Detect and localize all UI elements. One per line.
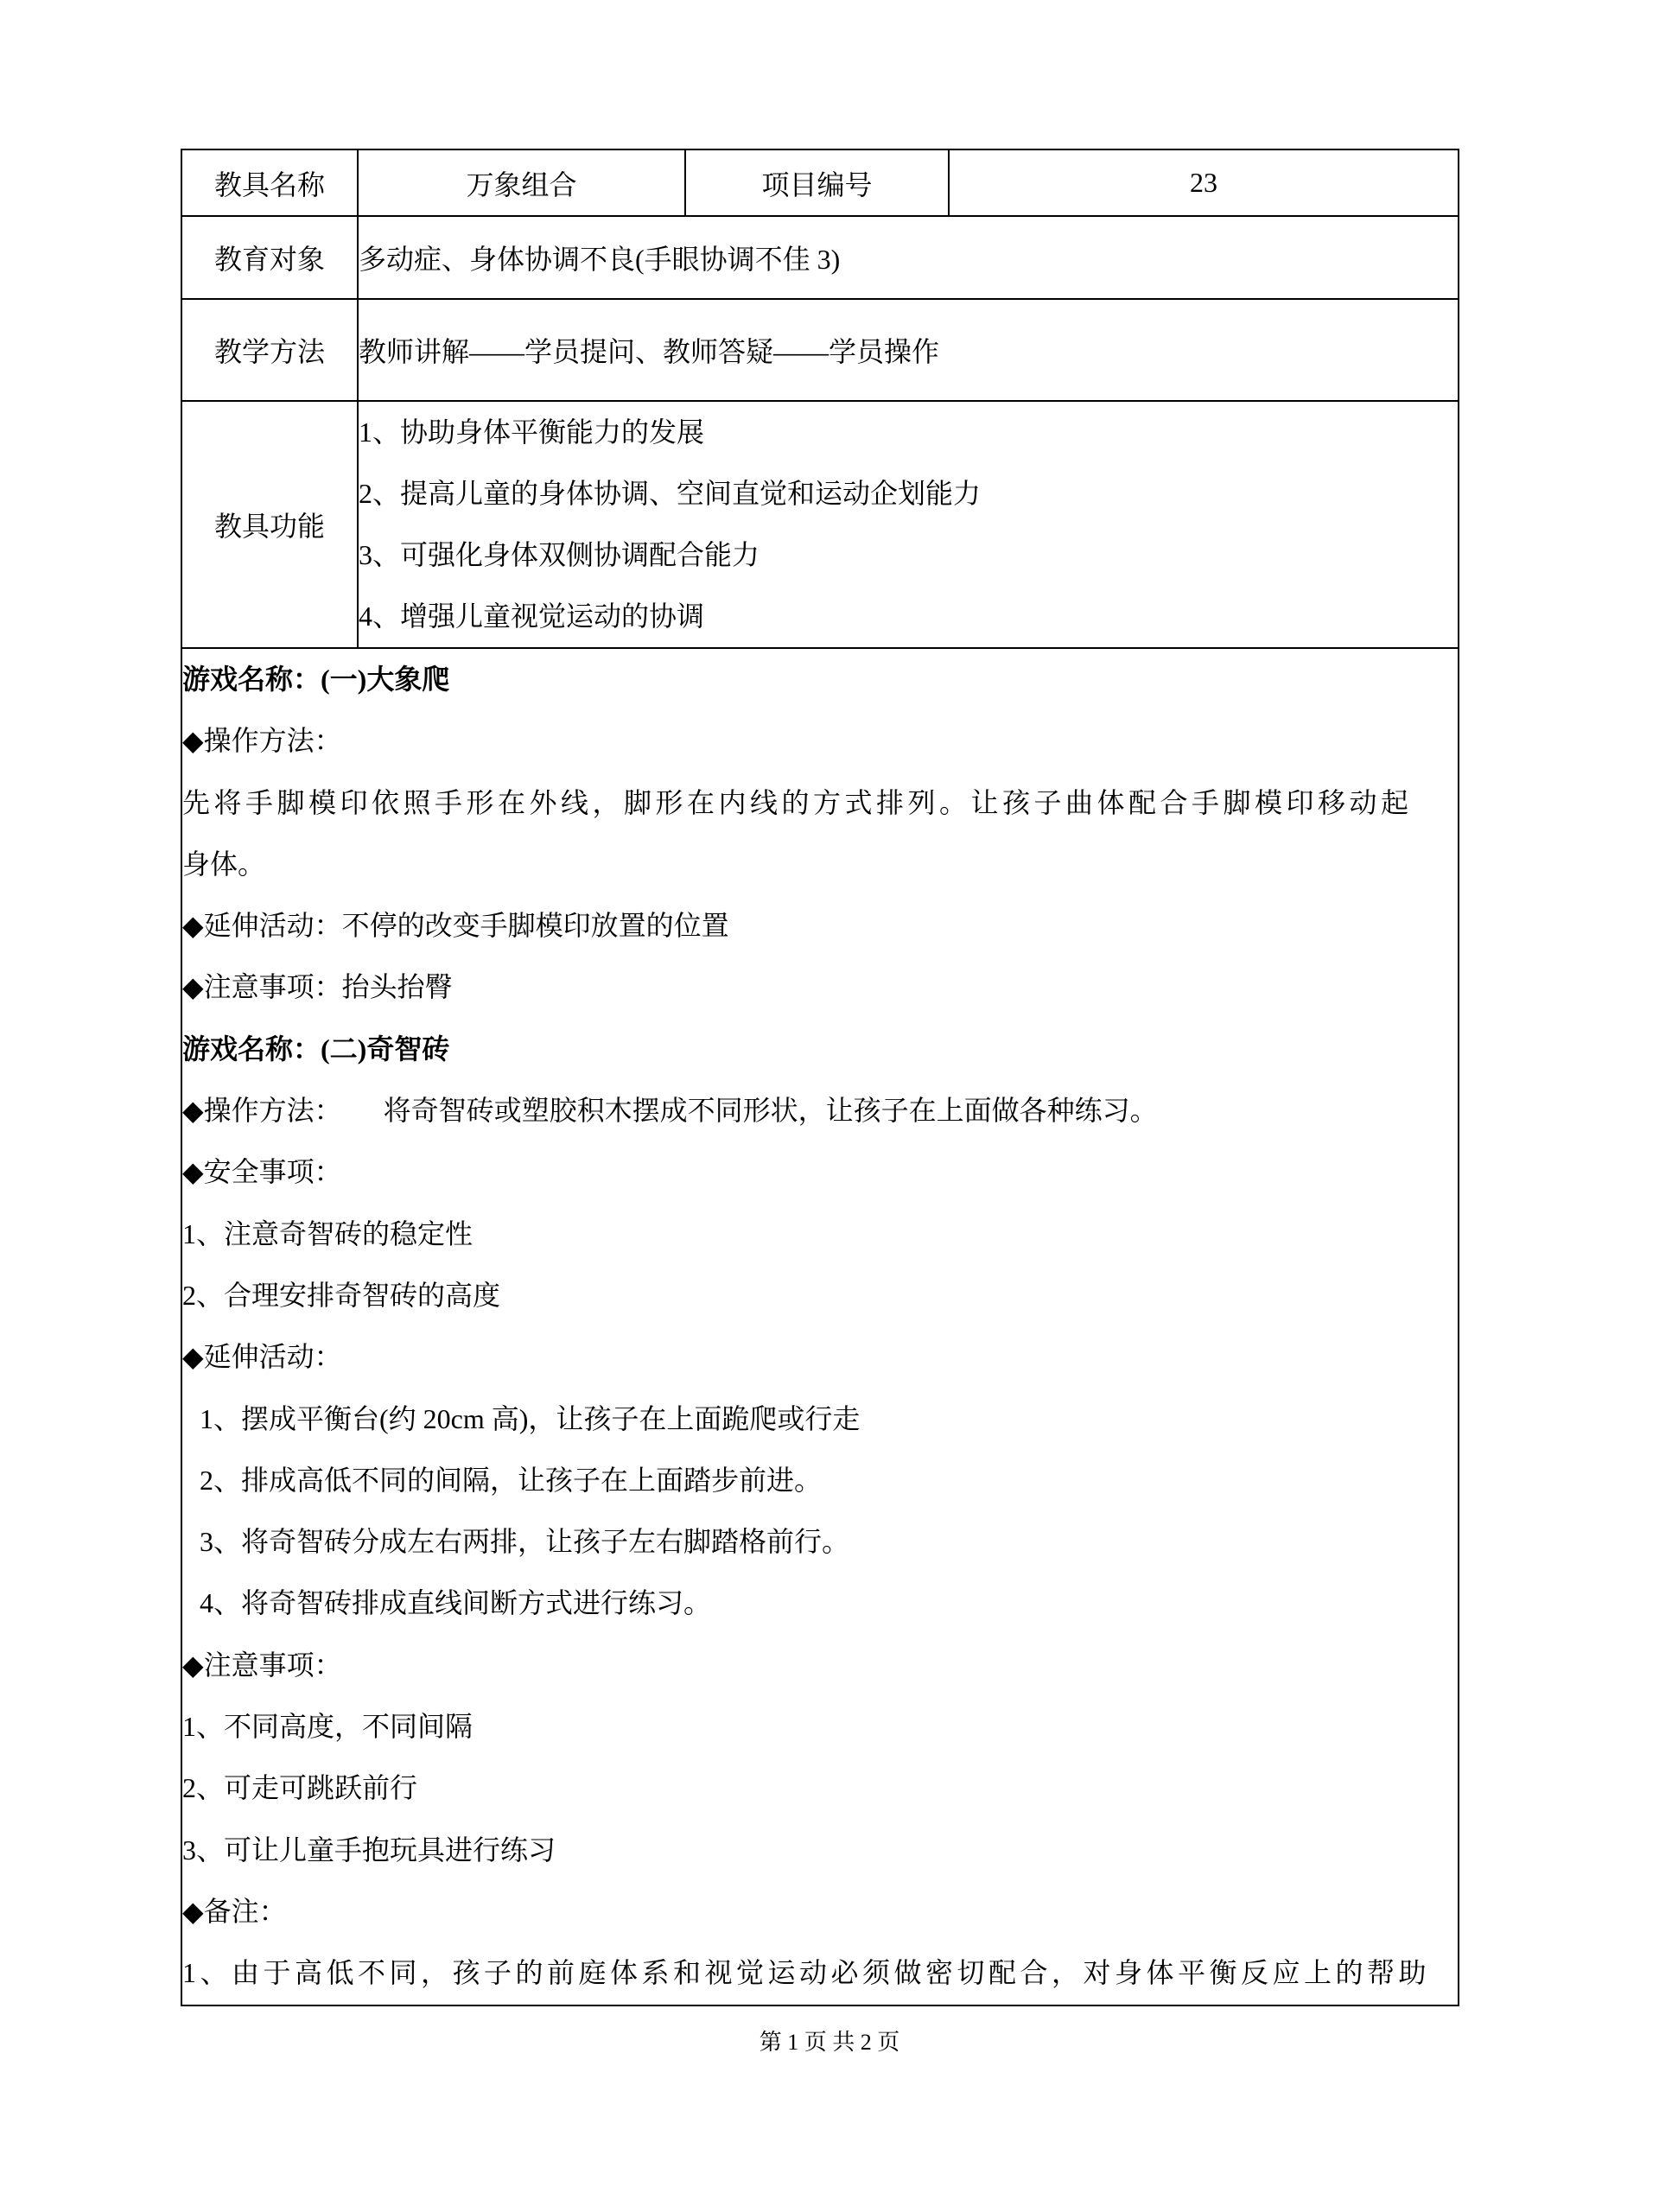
game-line: 4、将奇智砖排成直线间断方式进行练习。 [182, 1573, 1458, 1634]
teaching-method-label: 教学方法 [181, 299, 358, 401]
game-line: ◆延伸活动：不停的改变手脚模印放置的位置 [182, 895, 1458, 957]
game-line: 身体。 [182, 834, 1458, 895]
project-code-label: 项目编号 [685, 149, 949, 216]
table-row: 教学方法 教师讲解——学员提问、教师答疑——学员操作 [181, 299, 1459, 401]
game-line: 2、可走可跳跃前行 [182, 1758, 1458, 1819]
game-line: 游戏名称：(一)大象爬 [182, 649, 1458, 710]
function-item: 4、增强儿童视觉运动的协调 [359, 586, 1458, 647]
education-target-value: 多动症、身体协调不良(手眼协调不佳 3) [358, 216, 1459, 299]
document-page: 教具名称 万象组合 项目编号 23 教育对象 多动症、身体协调不良(手眼协调不佳… [0, 0, 1659, 2212]
game-line: ◆注意事项：抬头抬臀 [182, 957, 1458, 1018]
game-line: ◆操作方法： 将奇智砖或塑胶积木摆成不同形状，让孩子在上面做各种练习。 [182, 1080, 1458, 1141]
aid-name-label: 教具名称 [181, 149, 358, 216]
teaching-aid-table: 教具名称 万象组合 项目编号 23 教育对象 多动症、身体协调不良(手眼协调不佳… [181, 149, 1459, 2006]
game-line: ◆操作方法： [182, 710, 1458, 772]
project-code-value: 23 [949, 149, 1459, 216]
table-row: 教具名称 万象组合 项目编号 23 [181, 149, 1459, 216]
function-item: 2、提高儿童的身体协调、空间直觉和运动企划能力 [359, 463, 1458, 524]
aid-functions-list: 1、协助身体平衡能力的发展 2、提高儿童的身体协调、空间直觉和运动企划能力 3、… [358, 401, 1459, 648]
game-line: 3、将奇智砖分成左右两排，让孩子左右脚踏格前行。 [182, 1511, 1458, 1573]
table-row: 教育对象 多动症、身体协调不良(手眼协调不佳 3) [181, 216, 1459, 299]
game-line: 1、注意奇智砖的稳定性 [182, 1204, 1458, 1265]
game-line: ◆延伸活动： [182, 1326, 1458, 1388]
game-line: ◆安全事项： [182, 1141, 1458, 1203]
game-line: 3、可让儿童手抱玩具进行练习 [182, 1820, 1458, 1881]
game-line: 2、合理安排奇智砖的高度 [182, 1265, 1458, 1326]
game-line: 1、不同高度，不同间隔 [182, 1696, 1458, 1758]
teaching-method-value: 教师讲解——学员提问、教师答疑——学员操作 [358, 299, 1459, 401]
game-line: 先将手脚模印依照手形在外线，脚形在内线的方式排列。让孩子曲体配合手脚模印移动起 [182, 772, 1458, 834]
function-item: 3、可强化身体双侧协调配合能力 [359, 524, 1458, 586]
table-row: 游戏名称：(一)大象爬◆操作方法：先将手脚模印依照手形在外线，脚形在内线的方式排… [181, 648, 1459, 2005]
table-row: 教具功能 1、协助身体平衡能力的发展 2、提高儿童的身体协调、空间直觉和运动企划… [181, 401, 1459, 648]
games-cell: 游戏名称：(一)大象爬◆操作方法：先将手脚模印依照手形在外线，脚形在内线的方式排… [181, 648, 1459, 2005]
game-line: 2、排成高低不同的间隔，让孩子在上面踏步前进。 [182, 1450, 1458, 1511]
game-line: 1、由于高低不同，孩子的前庭体系和视觉运动必须做密切配合，对身体平衡反应上的帮助 [182, 1942, 1458, 2004]
education-target-label: 教育对象 [181, 216, 358, 299]
function-item: 1、协助身体平衡能力的发展 [359, 402, 1458, 463]
aid-functions-label: 教具功能 [181, 401, 358, 648]
game-line: ◆备注： [182, 1881, 1458, 1942]
game-line: 游戏名称：(二)奇智砖 [182, 1019, 1458, 1080]
game-line: 1、摆成平衡台(约 20cm 高)，让孩子在上面跪爬或行走 [182, 1389, 1458, 1450]
page-footer: 第 1 页 共 2 页 [0, 2025, 1659, 2060]
game-line: ◆注意事项： [182, 1635, 1458, 1696]
aid-name-value: 万象组合 [358, 149, 685, 216]
